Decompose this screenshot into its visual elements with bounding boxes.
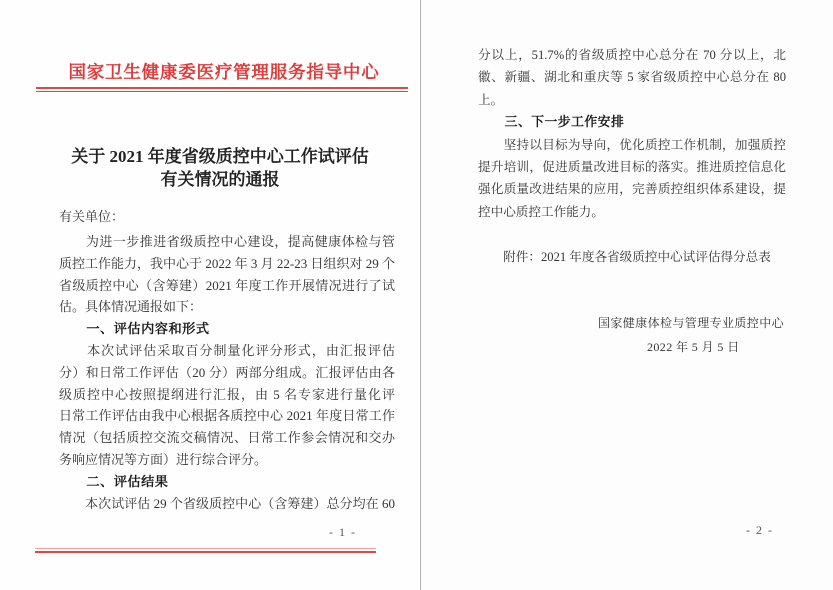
- page-1-body: 为进一步推进省级质控中心建设，提高健康体检与管理 质控工作能力，我中心于 202…: [59, 231, 395, 514]
- body-line: 强化质量改进结果的应用，完善质控组织体系建设，提升质: [478, 178, 786, 200]
- body-line: 坚持以目标为导向，优化质控工作机制，加强质控能力: [478, 134, 786, 156]
- body-line: 情况（包括质控交流交稿情况、日常工作参会情况和交办任: [59, 427, 395, 449]
- footer-rule: [35, 548, 376, 553]
- body-line: 务响应情况等方面）进行综合评分。: [59, 449, 395, 471]
- attachment-line: 附件：2021 年度各省级质控中心试评估得分总表: [478, 246, 786, 268]
- body-line: 分）和日常工作评估（20 分）两部分组成。汇报评估由各省: [59, 362, 395, 384]
- salutation: 有关单位：: [59, 206, 124, 228]
- body-line: 控中心质控工作能力。: [478, 201, 786, 223]
- section-heading-2: 二、评估结果: [59, 471, 395, 493]
- page-2: 分以上，51.7%的省级质控中心总分在 70 分以上，北京、安 徽、新疆、湖北和…: [421, 0, 833, 590]
- body-line: 省级质控中心（含筹建）2021 年度工作开展情况进行了试评: [59, 275, 395, 297]
- page-number-1: - 1 -: [329, 524, 357, 540]
- body-line: 日常工作评估由我中心根据各质控中心 2021 年度日常工作: [59, 405, 395, 427]
- page-1: 国家卫生健康委医疗管理服务指导中心 关于 2021 年度省级质控中心工作试评估 …: [0, 0, 420, 590]
- section-heading-1: 一、评估内容和形式: [59, 318, 395, 340]
- document-title-line-1: 关于 2021 年度省级质控中心工作试评估: [20, 145, 420, 168]
- spacer-line: [478, 223, 786, 245]
- body-line: 提升培训，促进质量改进目标的落实。推进质控信息化建设，: [478, 156, 786, 178]
- section-heading-3: 三、下一步工作安排: [478, 111, 786, 133]
- body-line: 本次试评估采取百分制量化评分形式，由汇报评估（80: [59, 340, 395, 362]
- body-line: 级质控中心按照提纲进行汇报，由 5 名专家进行量化评分。: [59, 384, 395, 406]
- body-line: 为进一步推进省级质控中心建设，提高健康体检与管理: [59, 231, 395, 253]
- letterhead-rule: [36, 87, 408, 92]
- body-line: 估。具体情况通报如下：: [59, 296, 395, 318]
- letterhead: 国家卫生健康委医疗管理服务指导中心: [40, 59, 408, 84]
- body-line: 徽、新疆、湖北和重庆等 5 家省级质控中心总分在 80 分以: [478, 66, 786, 88]
- document-title-line-2: 有关情况的通报: [20, 168, 420, 191]
- body-line: 上。: [478, 89, 786, 111]
- page-number-2: - 2 -: [746, 522, 774, 538]
- body-line: 本次试评估 29 个省级质控中心（含筹建）总分均在 60: [59, 493, 395, 515]
- signature-date: 2022 年 5 月 5 日: [647, 336, 740, 358]
- document-title: 关于 2021 年度省级质控中心工作试评估 有关情况的通报: [20, 145, 420, 191]
- document-scan: 国家卫生健康委医疗管理服务指导中心 关于 2021 年度省级质控中心工作试评估 …: [0, 0, 833, 590]
- body-line: 分以上，51.7%的省级质控中心总分在 70 分以上，北京、安: [478, 44, 786, 66]
- signature-org: 国家健康体检与管理专业质控中心: [598, 312, 784, 334]
- body-line: 质控工作能力，我中心于 2022 年 3 月 22-23 日组织对 29 个: [59, 253, 395, 275]
- page-2-body: 分以上，51.7%的省级质控中心总分在 70 分以上，北京、安 徽、新疆、湖北和…: [478, 44, 786, 268]
